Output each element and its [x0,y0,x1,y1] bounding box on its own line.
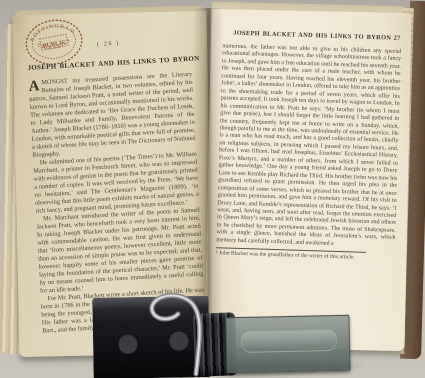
paragraph-1-text: MONGST my treasured possessions are the … [29,71,196,159]
paragraph-1: AMONGST my treasured possessions are the… [28,71,196,160]
running-header: JOSEPH BLACKET AND HIS LINKS TO BYRON 27 [223,29,402,42]
left-page-number: ( 26 ) [26,36,190,52]
book-photograph: NOTTINGHAM LIBRARIES PUBLIC ( 26 ) JOSEP… [0,0,425,378]
chapter-title: JOSEPH BLACKET AND HIS LINKS TO BYRON [27,56,191,72]
running-header-title: JOSEPH BLACKET AND HIS LINKS TO BYRON [233,30,391,42]
footnote: ¹ John Blacket was the grandfather of th… [216,250,395,262]
right-page-number: 27 [394,35,401,42]
drop-cap: A [28,79,42,93]
clamp-wire-handle [68,276,328,378]
paragraph-2: He submitted one of his poems (‘The Time… [33,151,200,216]
right-page-body: numerous, the father was not able to giv… [216,43,401,250]
